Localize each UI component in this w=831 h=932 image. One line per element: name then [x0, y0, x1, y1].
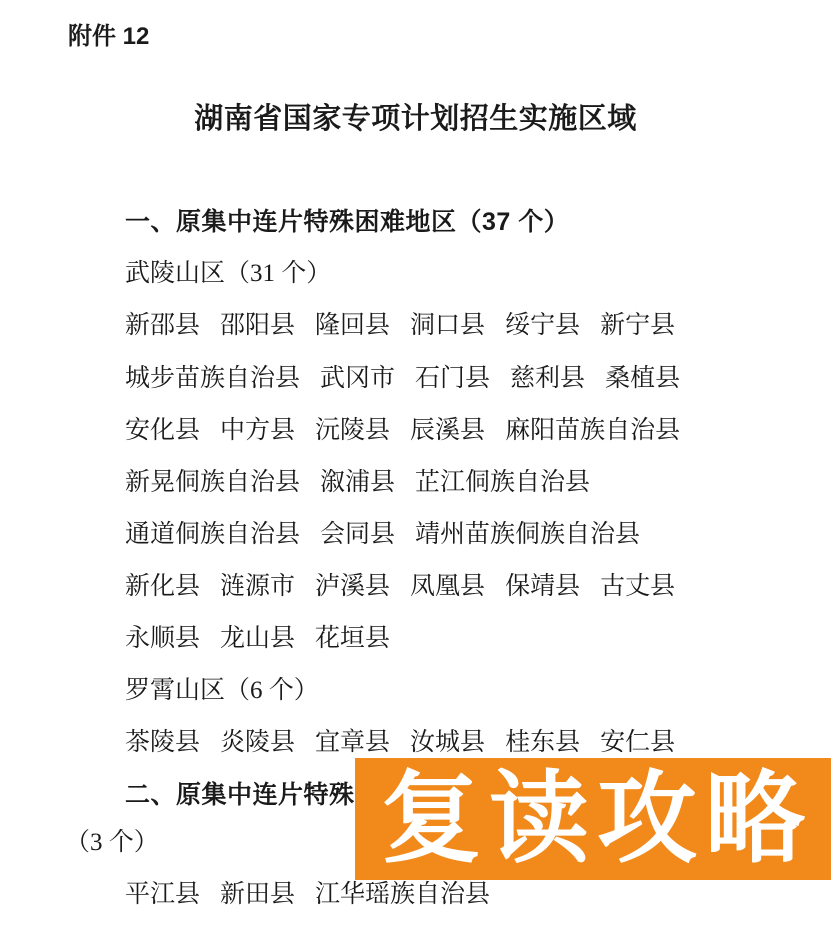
- county-row: 茶陵县 炎陵县 宜章县 汝城县 桂东县 安仁县: [125, 730, 675, 756]
- section-2-heading-wrap: （3 个）: [65, 830, 159, 856]
- county-row: 城步苗族自治县 武冈市 石门县 慈利县 桑植县: [125, 366, 680, 392]
- county-name: 通道侗族自治县: [125, 522, 300, 548]
- county-name: 洞口县: [410, 313, 485, 339]
- county-row: 新化县 涟源市 泸溪县 凤凰县 保靖县 古丈县: [125, 574, 675, 600]
- watermark-overlay: 复读攻略: [355, 758, 831, 880]
- county-row: 平江县 新田县 江华瑶族自治县: [125, 882, 490, 908]
- county-name: 芷江侗族自治县: [415, 470, 590, 496]
- county-row: 永顺县 龙山县 花垣县: [125, 626, 390, 652]
- county-name: 绥宁县: [505, 313, 580, 339]
- page-title: 湖南省国家专项计划招生实施区域: [0, 104, 831, 136]
- county-name: 永顺县: [125, 626, 200, 652]
- attachment-label: 附件 12: [68, 24, 149, 49]
- watermark-text: 复读攻略: [381, 769, 813, 869]
- county-name: 汝城县: [410, 730, 485, 756]
- county-name: 新宁县: [600, 313, 675, 339]
- county-name: 邵阳县: [220, 313, 295, 339]
- county-name: 宜章县: [315, 730, 390, 756]
- county-name: 花垣县: [315, 626, 390, 652]
- county-name: 江华瑶族自治县: [315, 882, 490, 908]
- county-name: 溆浦县: [320, 470, 395, 496]
- subheading-luoxiao: 罗霄山区（6 个）: [125, 678, 319, 704]
- county-name: 新晃侗族自治县: [125, 470, 300, 496]
- county-row: 通道侗族自治县 会同县 靖州苗族侗族自治县: [125, 522, 640, 548]
- county-name: 涟源市: [220, 574, 295, 600]
- county-name: 安仁县: [600, 730, 675, 756]
- county-name: 辰溪县: [410, 418, 485, 444]
- section-1-heading: 一、原集中连片特殊困难地区（37 个）: [125, 209, 569, 235]
- county-name: 泸溪县: [315, 574, 390, 600]
- county-name: 中方县: [220, 418, 295, 444]
- county-name: 麻阳苗族自治县: [505, 418, 680, 444]
- county-name: 桑植县: [605, 366, 680, 392]
- county-name: 新邵县: [125, 313, 200, 339]
- county-name: 城步苗族自治县: [125, 366, 300, 392]
- county-name: 沅陵县: [315, 418, 390, 444]
- county-name: 靖州苗族侗族自治县: [415, 522, 640, 548]
- county-row: 新邵县 邵阳县 隆回县 洞口县 绥宁县 新宁县: [125, 313, 675, 339]
- county-name: 安化县: [125, 418, 200, 444]
- subheading-wuling: 武陵山区（31 个）: [125, 261, 331, 287]
- county-name: 龙山县: [220, 626, 295, 652]
- section-2-heading: 二、原集中连片特殊困: [125, 782, 380, 808]
- county-name: 平江县: [125, 882, 200, 908]
- county-name: 凤凰县: [410, 574, 485, 600]
- county-name: 桂东县: [505, 730, 580, 756]
- county-name: 茶陵县: [125, 730, 200, 756]
- county-name: 新化县: [125, 574, 200, 600]
- county-name: 会同县: [320, 522, 395, 548]
- county-name: 武冈市: [320, 366, 395, 392]
- county-name: 石门县: [415, 366, 490, 392]
- county-name: 古丈县: [600, 574, 675, 600]
- county-name: 新田县: [220, 882, 295, 908]
- county-name: 隆回县: [315, 313, 390, 339]
- county-name: 炎陵县: [220, 730, 295, 756]
- county-row: 安化县 中方县 沅陵县 辰溪县 麻阳苗族自治县: [125, 418, 680, 444]
- document-page: 附件 12 湖南省国家专项计划招生实施区域 一、原集中连片特殊困难地区（37 个…: [0, 0, 831, 932]
- county-name: 慈利县: [510, 366, 585, 392]
- county-name: 保靖县: [505, 574, 580, 600]
- county-row: 新晃侗族自治县 溆浦县 芷江侗族自治县: [125, 470, 590, 496]
